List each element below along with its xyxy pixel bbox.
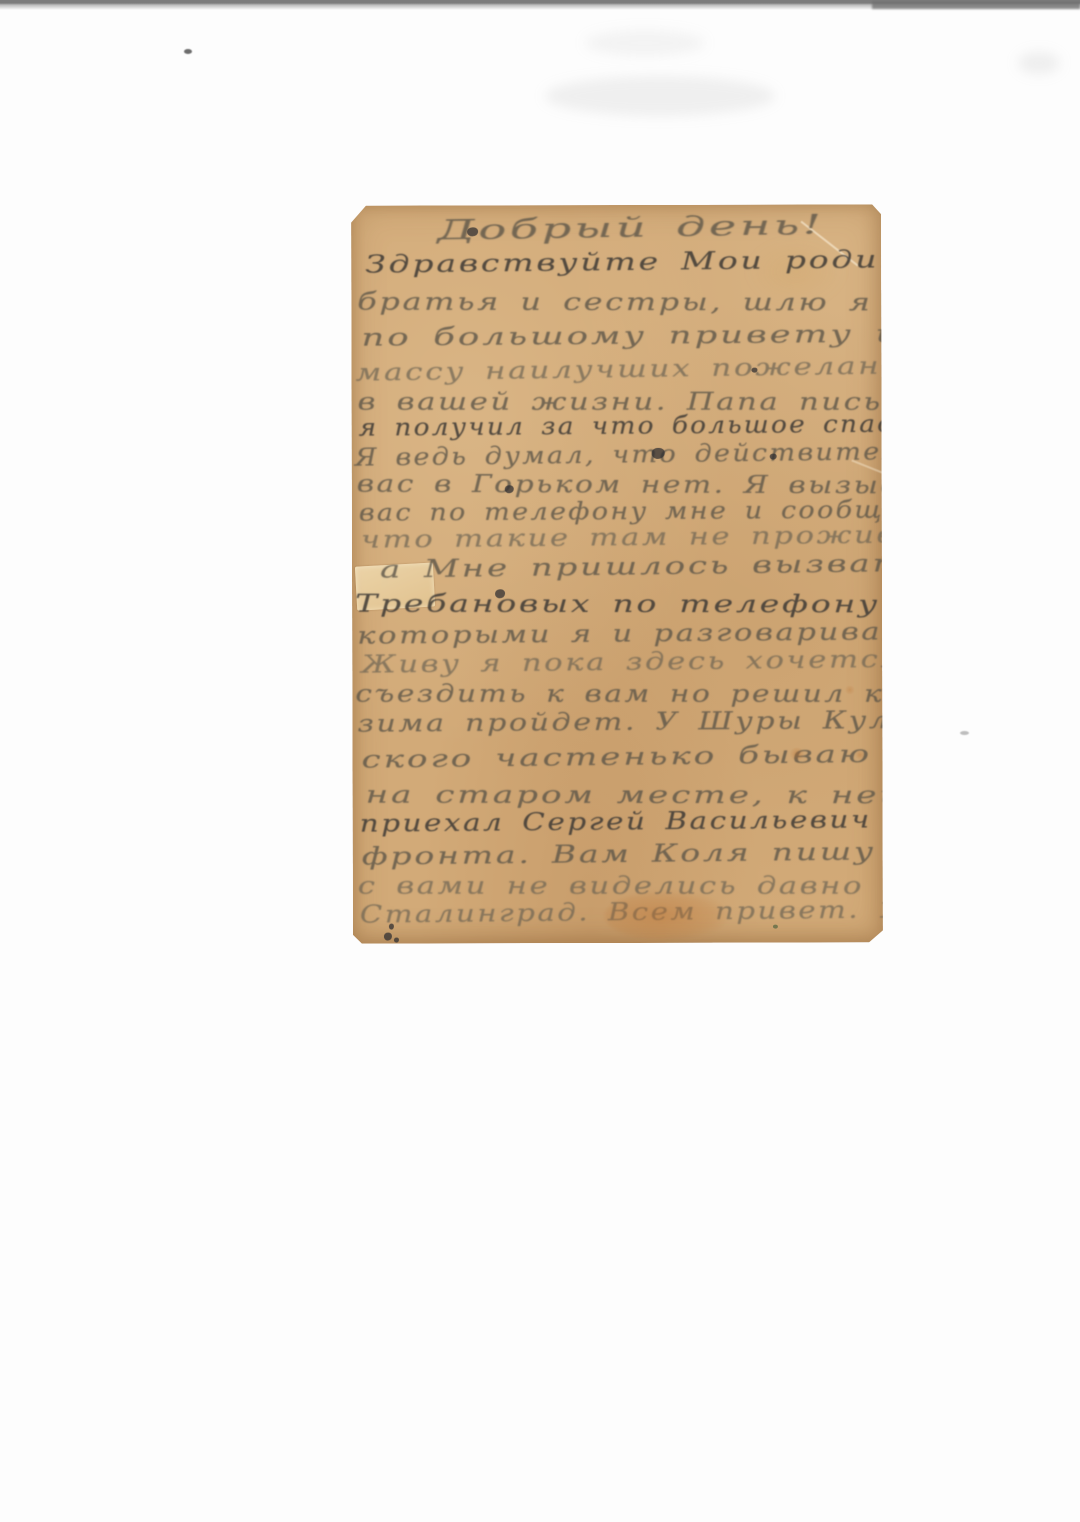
dust-speck-right-middle bbox=[960, 731, 969, 735]
scanner-edge-band-dark-right bbox=[872, 1, 1080, 9]
handwriting-line: на старом месте, к ней bbox=[366, 783, 905, 808]
handwriting-line: братья и сестры, шлю я вам bbox=[357, 290, 964, 315]
handwriting-line: а Мне пришлось вызвать bbox=[380, 551, 930, 582]
rust-stain bbox=[788, 748, 805, 761]
handwriting-line: вас в Горьком нет. Я вызывал bbox=[357, 472, 942, 498]
rust-stain bbox=[605, 891, 729, 941]
green-fleck bbox=[773, 925, 778, 929]
handwriting-line: массу наилучших пожеланий bbox=[355, 353, 927, 385]
handwriting-line: я получил за что большое спасибо. bbox=[359, 411, 961, 439]
handwriting-line: зима пройдет. У Шуры Кулев- bbox=[357, 708, 944, 736]
letter-paper: Добрый день! Здравствуйте Мои родители б… bbox=[351, 204, 883, 943]
handwriting-line: приехал Сергей Васильевич с bbox=[360, 807, 909, 836]
handwriting: Добрый день! Здравствуйте Мои родители б… bbox=[351, 204, 883, 943]
handwriting-line: Живу я пока здесь хочется bbox=[361, 647, 903, 677]
handwriting-line: Добрый день! bbox=[437, 212, 826, 245]
handwriting-line: Здравствуйте Мои родители bbox=[365, 246, 984, 276]
handwriting-line: съездить к вам но решил как bbox=[355, 682, 924, 706]
faint-smudge-top-center-2 bbox=[585, 30, 705, 56]
rust-stain bbox=[854, 750, 865, 759]
scanned-letter-page: { "scan": { "background_color": "#fdfdfd… bbox=[0, 0, 1080, 1522]
handwriting-line: Требановых по телефону с bbox=[355, 592, 922, 617]
dust-speck-top-left bbox=[184, 49, 192, 54]
handwriting-line: по большому привету и bbox=[361, 322, 901, 350]
handwriting-line: с вами не виделись давно в bbox=[358, 874, 903, 898]
handwriting-line: фронта. Вам Коля пишу bbox=[362, 839, 877, 868]
handwriting-line: что такие там не проживают. bbox=[361, 522, 992, 552]
faint-smudge-top-center bbox=[545, 76, 775, 116]
rust-stain bbox=[844, 685, 855, 694]
handwriting-line: которыми я и разговаривал bbox=[357, 619, 904, 647]
faint-smudge-top-right bbox=[1018, 52, 1060, 74]
